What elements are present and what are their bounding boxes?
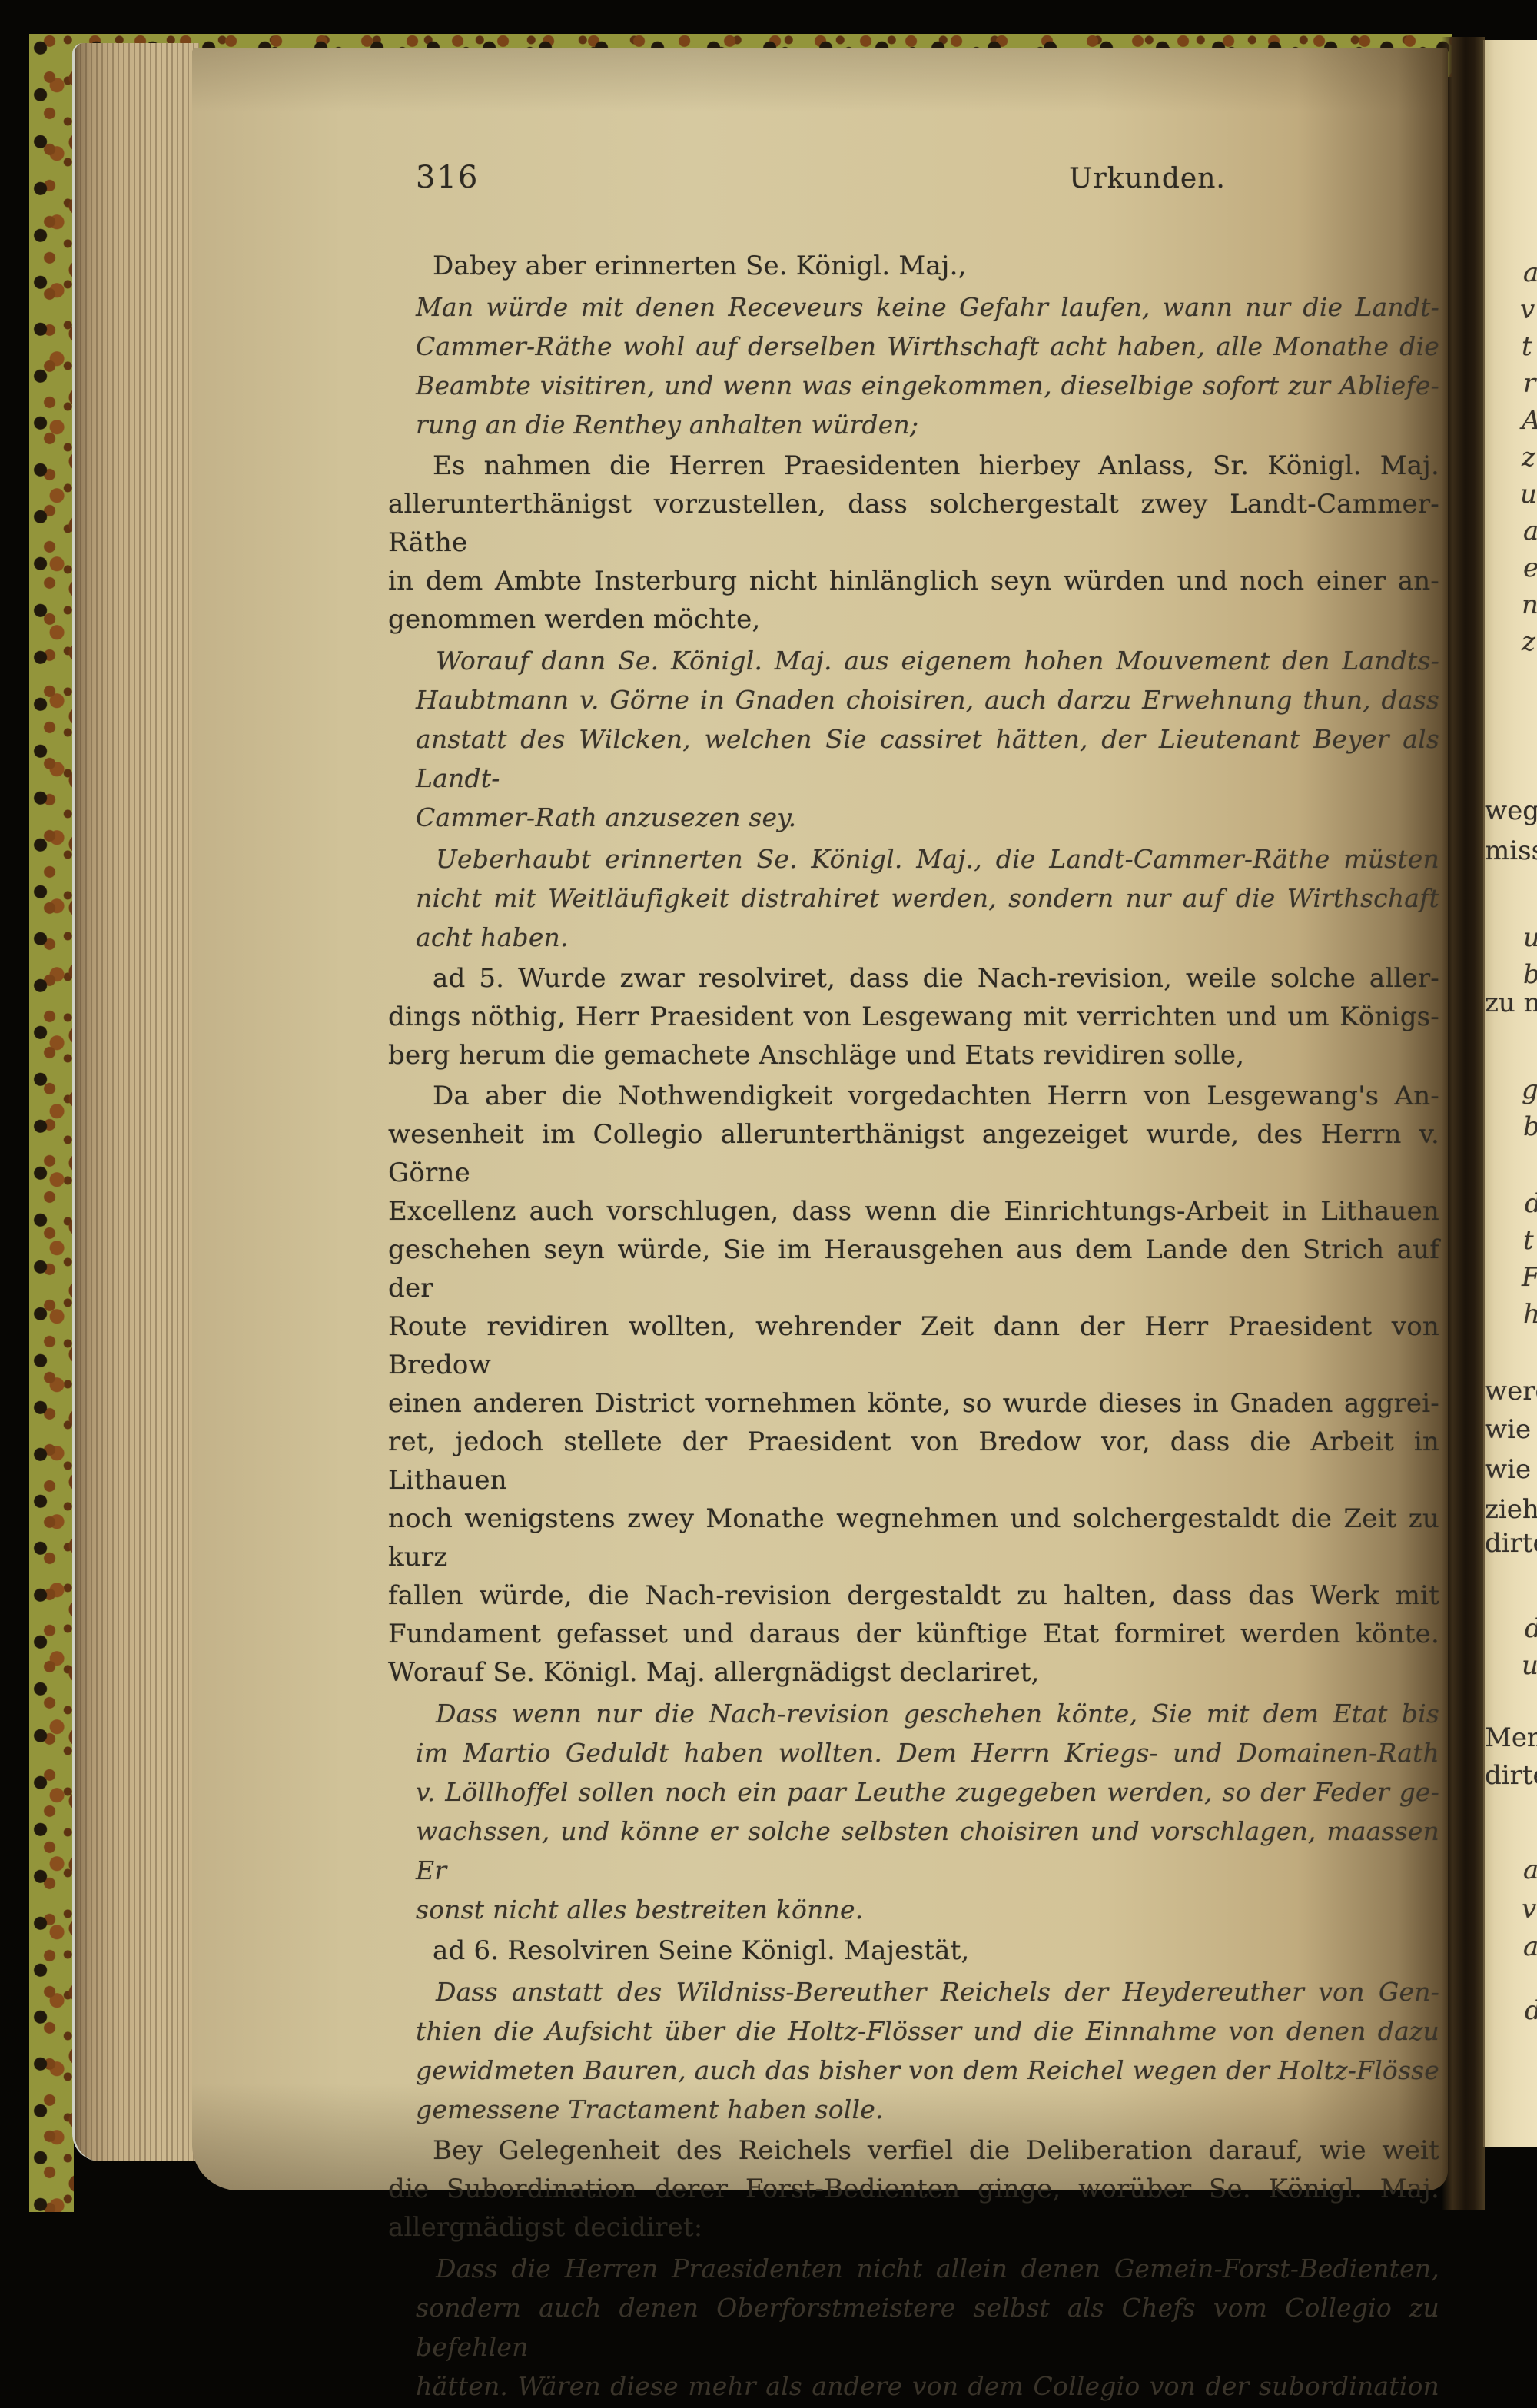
running-header: Urkunden. [1069, 163, 1226, 194]
text-line: gemessene Tractament haben solle. [416, 2090, 1439, 2129]
cutoff-text-fragment: v [1522, 1894, 1536, 1925]
cutoff-text-fragment: u [1520, 479, 1537, 510]
cutoff-text-fragment: d [1525, 1613, 1537, 1644]
cutoff-text-fragment: b [1523, 1111, 1537, 1142]
text-line: wesenheit im Collegio allerunterthänigst… [388, 1115, 1439, 1192]
paragraph-block: Bey Gelegenheit des Reichels verfiel die… [388, 2131, 1439, 2234]
cutoff-text-fragment: u [1523, 922, 1537, 953]
text-line: in dem Ambte Insterburg nicht hinlänglic… [388, 562, 1439, 600]
paragraph-block: Dass anstatt des Wildniss-Bereuther Reic… [416, 1972, 1439, 2129]
cutoff-text-fragment: Menn [1485, 1722, 1537, 1753]
text-line: die Subordination derer Forst-Bedienten … [388, 2170, 1439, 2208]
text-line: sonst nicht alles bestreiten könne. [416, 1890, 1439, 1929]
cutoff-text-fragment: A [1522, 405, 1537, 436]
cutoff-text-fragment: h [1523, 1299, 1537, 1330]
text-line: Route revidiren wollten, wehrender Zeit … [388, 1307, 1439, 1384]
text-line: wachssen, und könne er solche selbsten c… [416, 1812, 1439, 1890]
text-line: Excellenz auch vorschlugen, dass wenn di… [388, 1192, 1439, 1231]
text-line: thien die Aufsicht über die Holtz-Flösse… [416, 2011, 1439, 2051]
text-line: Dass wenn nur die Nach-revision geschehe… [416, 1694, 1439, 1733]
text-line: fallen würde, die Nach-revision dergesta… [388, 1576, 1439, 1615]
cutoff-text-fragment: u [1522, 1650, 1537, 1681]
text-line: v. Löllhoffel sollen noch ein paar Leuth… [416, 1772, 1439, 1812]
text-line: rung an die Renthey anhalten würden; [416, 405, 1439, 444]
paragraph-block: Worauf dann Se. Königl. Maj. aus eigenem… [416, 641, 1439, 837]
text-line: Beambte visitiren, und wenn was eingekom… [416, 366, 1439, 405]
paragraph-block: Da aber die Nothwendigkeit vorgedachten … [388, 1077, 1439, 1692]
cutoff-text-fragment: dirte [1485, 1528, 1537, 1559]
scanned-page: 316 Urkunden. Dabey aber erinnerten Se. … [192, 48, 1448, 2190]
text-line: berg herum die gemachete Anschläge und E… [388, 1036, 1439, 1074]
text-line: Bey Gelegenheit des Reichels verfiel die… [388, 2131, 1439, 2170]
cutoff-text-fragment: d [1525, 1188, 1537, 1219]
text-line: Da aber die Nothwendigkeit vorgedachten … [388, 1077, 1439, 1115]
text-line: ret, jedoch stellete der Praesident von … [388, 1423, 1439, 1500]
cutoff-text-fragment: werd [1485, 1376, 1537, 1407]
book-cover-marbled-edge-left [29, 34, 74, 2212]
cutoff-text-fragment: a [1523, 1931, 1537, 1962]
text-line: einen anderen District vornehmen könte, … [388, 1384, 1439, 1423]
text-line: acht haben. [416, 918, 1439, 957]
text-line: Es nahmen die Herren Praesidenten hierbe… [388, 447, 1439, 485]
text-line: Worauf dann Se. Königl. Maj. aus eigenem… [416, 641, 1439, 680]
cutoff-text-fragment: t [1522, 331, 1532, 362]
cutoff-text-fragment: z [1522, 626, 1535, 657]
paragraph-block: ad 5. Wurde zwar resolviret, dass die Na… [388, 959, 1439, 1074]
book-gutter-shadow [1442, 37, 1485, 2210]
next-page-edge: avtrAzuaenzwegemissiubzu nogbdtFhwerdwie… [1483, 40, 1537, 2147]
cutoff-text-fragment: zu no [1485, 988, 1537, 1018]
paragraph-block: Man würde mit denen Receveurs keine Gefa… [416, 287, 1439, 444]
cutoff-text-fragment: t [1523, 1225, 1534, 1256]
paragraph-block: Es nahmen die Herren Praesidenten hierbe… [388, 447, 1439, 639]
text-line: genommen werden möchte, [388, 600, 1439, 639]
text-line: nicht mit Weitläufigkeit distrahiret wer… [416, 879, 1439, 918]
text-line: Man würde mit denen Receveurs keine Gefa… [416, 287, 1439, 327]
cutoff-text-fragment: ziehe [1485, 1494, 1537, 1525]
text-line: noch wenigstens zwey Monathe wegnehmen u… [388, 1500, 1439, 1576]
cutoff-text-fragment: g [1522, 1074, 1537, 1105]
text-line: Dabey aber erinnerten Se. Königl. Maj., [388, 247, 1439, 285]
text-line: Cammer-Rath anzusezen sey. [416, 798, 1439, 837]
cutoff-text-fragment: wie [1485, 1454, 1531, 1485]
cutoff-text-fragment: v [1520, 294, 1535, 325]
text-line: gewidmeten Bauren, auch das bisher von d… [416, 2051, 1439, 2090]
paragraph-block: Dass wenn nur die Nach-revision geschehe… [416, 1694, 1439, 1929]
text-line: dings nöthig, Herr Praesident von Lesgew… [388, 998, 1439, 1036]
text-line: ad 5. Wurde zwar resolviret, dass die Na… [388, 959, 1439, 998]
cutoff-text-fragment: wie d [1485, 1414, 1537, 1445]
cutoff-text-fragment: z [1522, 442, 1535, 473]
text-line: Worauf Se. Königl. Maj. allergnädigst de… [388, 1653, 1439, 1692]
paragraph-block: ad 6. Resolviren Seine Königl. Majestät, [388, 1931, 1439, 1970]
cutoff-text-fragment: b [1523, 959, 1537, 990]
paragraph-block: Dabey aber erinnerten Se. Königl. Maj., [388, 247, 1439, 285]
cutoff-text-fragment: a [1523, 516, 1537, 546]
text-line: Haubtmann v. Görne in Gnaden choisiren, … [416, 680, 1439, 719]
text-column: Dabey aber erinnerten Se. Königl. Maj.,M… [388, 244, 1439, 2234]
cutoff-text-fragment: r [1523, 368, 1535, 399]
text-line: Dass anstatt des Wildniss-Bereuther Reic… [416, 1972, 1439, 2011]
text-line: im Martio Geduldt haben wollten. Dem Her… [416, 1733, 1439, 1772]
book-scan: 316 Urkunden. Dabey aber erinnerten Se. … [0, 0, 1537, 2234]
cutoff-text-fragment: d [1525, 1995, 1537, 2026]
stacked-page-edges [72, 43, 199, 2161]
cutoff-text-fragment: F [1522, 1262, 1537, 1293]
text-line: anstatt des Wilcken, welchen Sie cassire… [416, 719, 1439, 798]
cutoff-text-fragment: dirte [1485, 1760, 1537, 1791]
cutoff-text-fragment: e [1523, 553, 1537, 583]
text-line: Cammer-Räthe wohl auf derselben Wirthsch… [416, 327, 1439, 366]
page-number: 316 [416, 160, 479, 195]
text-line: ad 6. Resolviren Seine Königl. Majestät, [388, 1931, 1439, 1970]
text-line: Fundament gefasset und daraus der künfti… [388, 1615, 1439, 1653]
cutoff-text-fragment: n [1522, 590, 1537, 620]
cutoff-text-fragment: wege [1485, 795, 1537, 826]
text-line: geschehen seyn würde, Sie im Herausgehen… [388, 1231, 1439, 1307]
text-line: allerunterthänigst vorzustellen, dass so… [388, 485, 1439, 562]
cutoff-text-fragment: a [1523, 1855, 1537, 1885]
text-line: allergnädigst decidiret: [388, 2208, 1439, 2234]
page-header-row: 316 Urkunden. [388, 160, 1438, 201]
cutoff-text-fragment: missi [1485, 835, 1537, 866]
cutoff-text-fragment: a [1523, 257, 1537, 288]
text-line: Ueberhaubt erinnerten Se. Königl. Maj., … [416, 839, 1439, 879]
paragraph-block: Ueberhaubt erinnerten Se. Königl. Maj., … [416, 839, 1439, 957]
